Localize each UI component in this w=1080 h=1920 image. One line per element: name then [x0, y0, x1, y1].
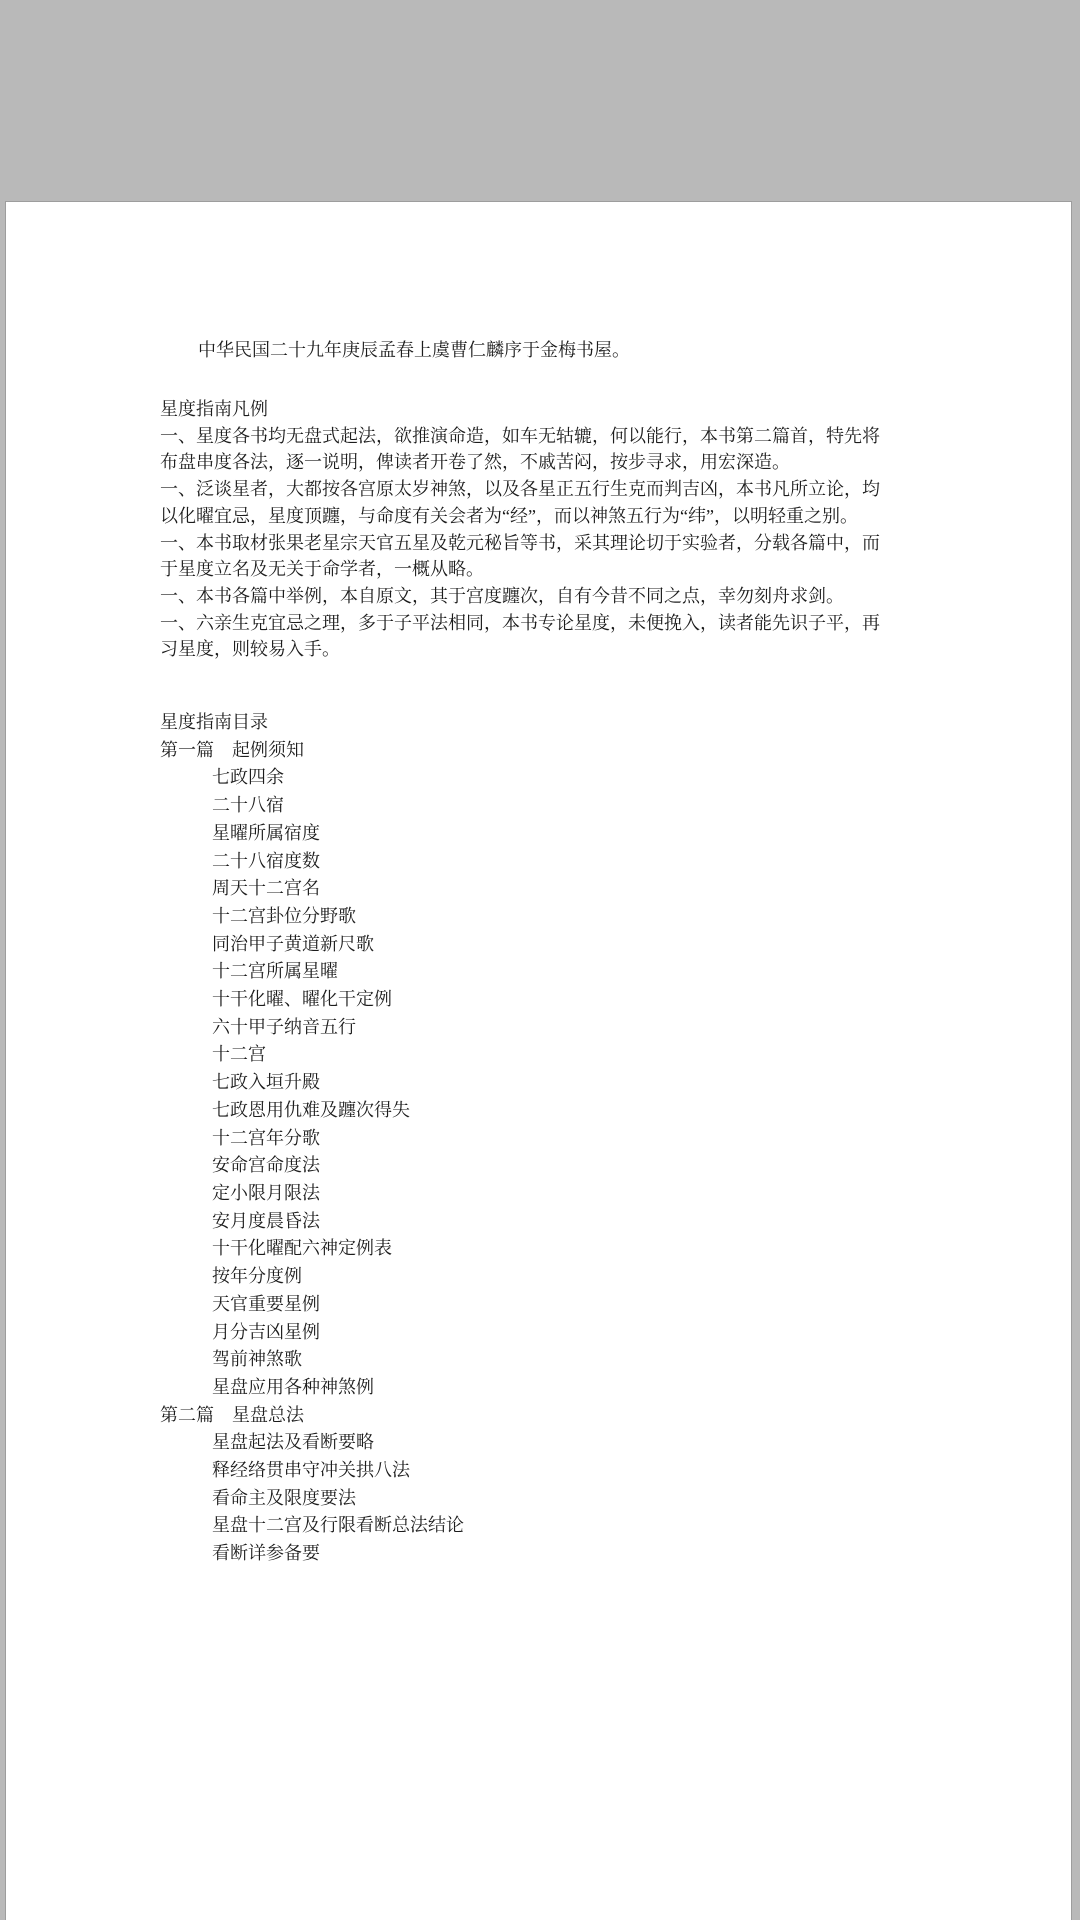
toc-entry: 定小限月限法: [160, 1180, 940, 1208]
fanli-lines: 一、星度各书均无盘式起法，欲推演命造，如车无轱辘，何以能行，本书第二篇首，特先将…: [160, 423, 940, 663]
toc-entry: 七政四余: [160, 764, 940, 792]
toc-entry: 看断详参备要: [160, 1540, 940, 1568]
toc-entry: 十二宫年分歌: [160, 1125, 940, 1153]
toc-entry: 驾前神煞歌: [160, 1346, 940, 1374]
fanli-line: 一、本书各篇中举例，本自原文，其于宫度躔次，自有今昔不同之点，幸勿刻舟求剑。: [160, 583, 940, 610]
toc-entry: 星盘起法及看断要略: [160, 1429, 940, 1457]
fanli-heading: 星度指南凡例: [160, 396, 940, 423]
document-page: 中华民国二十九年庚辰孟春上虞曹仁麟序于金梅书屋。 星度指南凡例 一、星度各书均无…: [5, 201, 1072, 1920]
toc-entry: 天官重要星例: [160, 1291, 940, 1319]
toc-entry: 星曜所属宿度: [160, 820, 940, 848]
toc-entry: 七政恩用仇难及躔次得失: [160, 1097, 940, 1125]
toc-entry: 十二宫: [160, 1041, 940, 1069]
viewer-background: 中华民国二十九年庚辰孟春上虞曹仁麟序于金梅书屋。 星度指南凡例 一、星度各书均无…: [0, 0, 1080, 1920]
fanli-line: 布盘串度各法，逐一说明，俾读者开卷了然，不戚苦闷，按步寻求，用宏深造。: [160, 449, 940, 476]
fanli-line: 一、泛谈星者，大都按各宫原太岁神煞，以及各星正五行生克而判吉凶，本书凡所立论，均: [160, 476, 940, 503]
toc-entry: 十二宫卦位分野歌: [160, 903, 940, 931]
toc-entry: 同治甲子黄道新尺歌: [160, 931, 940, 959]
fanli-line: 于星度立名及无关于命学者，一概从略。: [160, 556, 940, 583]
toc-entries: 第一篇 起例须知 七政四余 二十八宿 星曜所属宿度 二十八宿度数 周天十二宫名 …: [160, 737, 940, 1568]
toc-entry: 周天十二宫名: [160, 875, 940, 903]
fanli-line: 一、六亲生克宜忌之理，多于子平法相同，本书专论星度，未便挽入，读者能先识子平，再: [160, 610, 940, 637]
fanli-line: 习星度，则较易入手。: [160, 636, 940, 663]
toc-entry: 按年分度例: [160, 1263, 940, 1291]
toc-entry: 二十八宿度数: [160, 848, 940, 876]
toc-entry: 第二篇 星盘总法: [160, 1402, 940, 1430]
fanli-section: 星度指南凡例 一、星度各书均无盘式起法，欲推演命造，如车无轱辘，何以能行，本书第…: [160, 396, 940, 663]
toc-entry: 十干化曜、曜化干定例: [160, 986, 940, 1014]
fanli-line: 以化曜宜忌，星度顶躔，与命度有关会者为“经”，而以神煞五行为“纬”，以明轻重之别…: [160, 503, 940, 530]
toc-entry: 十干化曜配六神定例表: [160, 1235, 940, 1263]
fanli-line: 一、本书取材张果老星宗天官五星及乾元秘旨等书，采其理论切于实验者，分载各篇中，而: [160, 530, 940, 557]
toc-entry: 二十八宿: [160, 792, 940, 820]
toc-section: 星度指南目录 第一篇 起例须知 七政四余 二十八宿 星曜所属宿度 二十八宿度数 …: [160, 709, 940, 1568]
toc-entry: 第一篇 起例须知: [160, 737, 940, 765]
toc-entry: 看命主及限度要法: [160, 1485, 940, 1513]
toc-entry: 安命宫命度法: [160, 1152, 940, 1180]
toc-entry: 七政入垣升殿: [160, 1069, 940, 1097]
toc-entry: 释经络贯串守冲关拱八法: [160, 1457, 940, 1485]
toc-entry: 六十甲子纳音五行: [160, 1014, 940, 1042]
page-text-column: 中华民国二十九年庚辰孟春上虞曹仁麟序于金梅书屋。 星度指南凡例 一、星度各书均无…: [160, 202, 940, 1568]
toc-entry: 星盘十二宫及行限看断总法结论: [160, 1512, 940, 1540]
fanli-line: 一、星度各书均无盘式起法，欲推演命造，如车无轱辘，何以能行，本书第二篇首，特先将: [160, 423, 940, 450]
preface-signature: 中华民国二十九年庚辰孟春上虞曹仁麟序于金梅书屋。: [160, 202, 940, 364]
toc-heading: 星度指南目录: [160, 709, 940, 737]
toc-entry: 星盘应用各种神煞例: [160, 1374, 940, 1402]
toc-entry: 月分吉凶星例: [160, 1319, 940, 1347]
toc-entry: 十二宫所属星曜: [160, 958, 940, 986]
toc-entry: 安月度晨昏法: [160, 1208, 940, 1236]
